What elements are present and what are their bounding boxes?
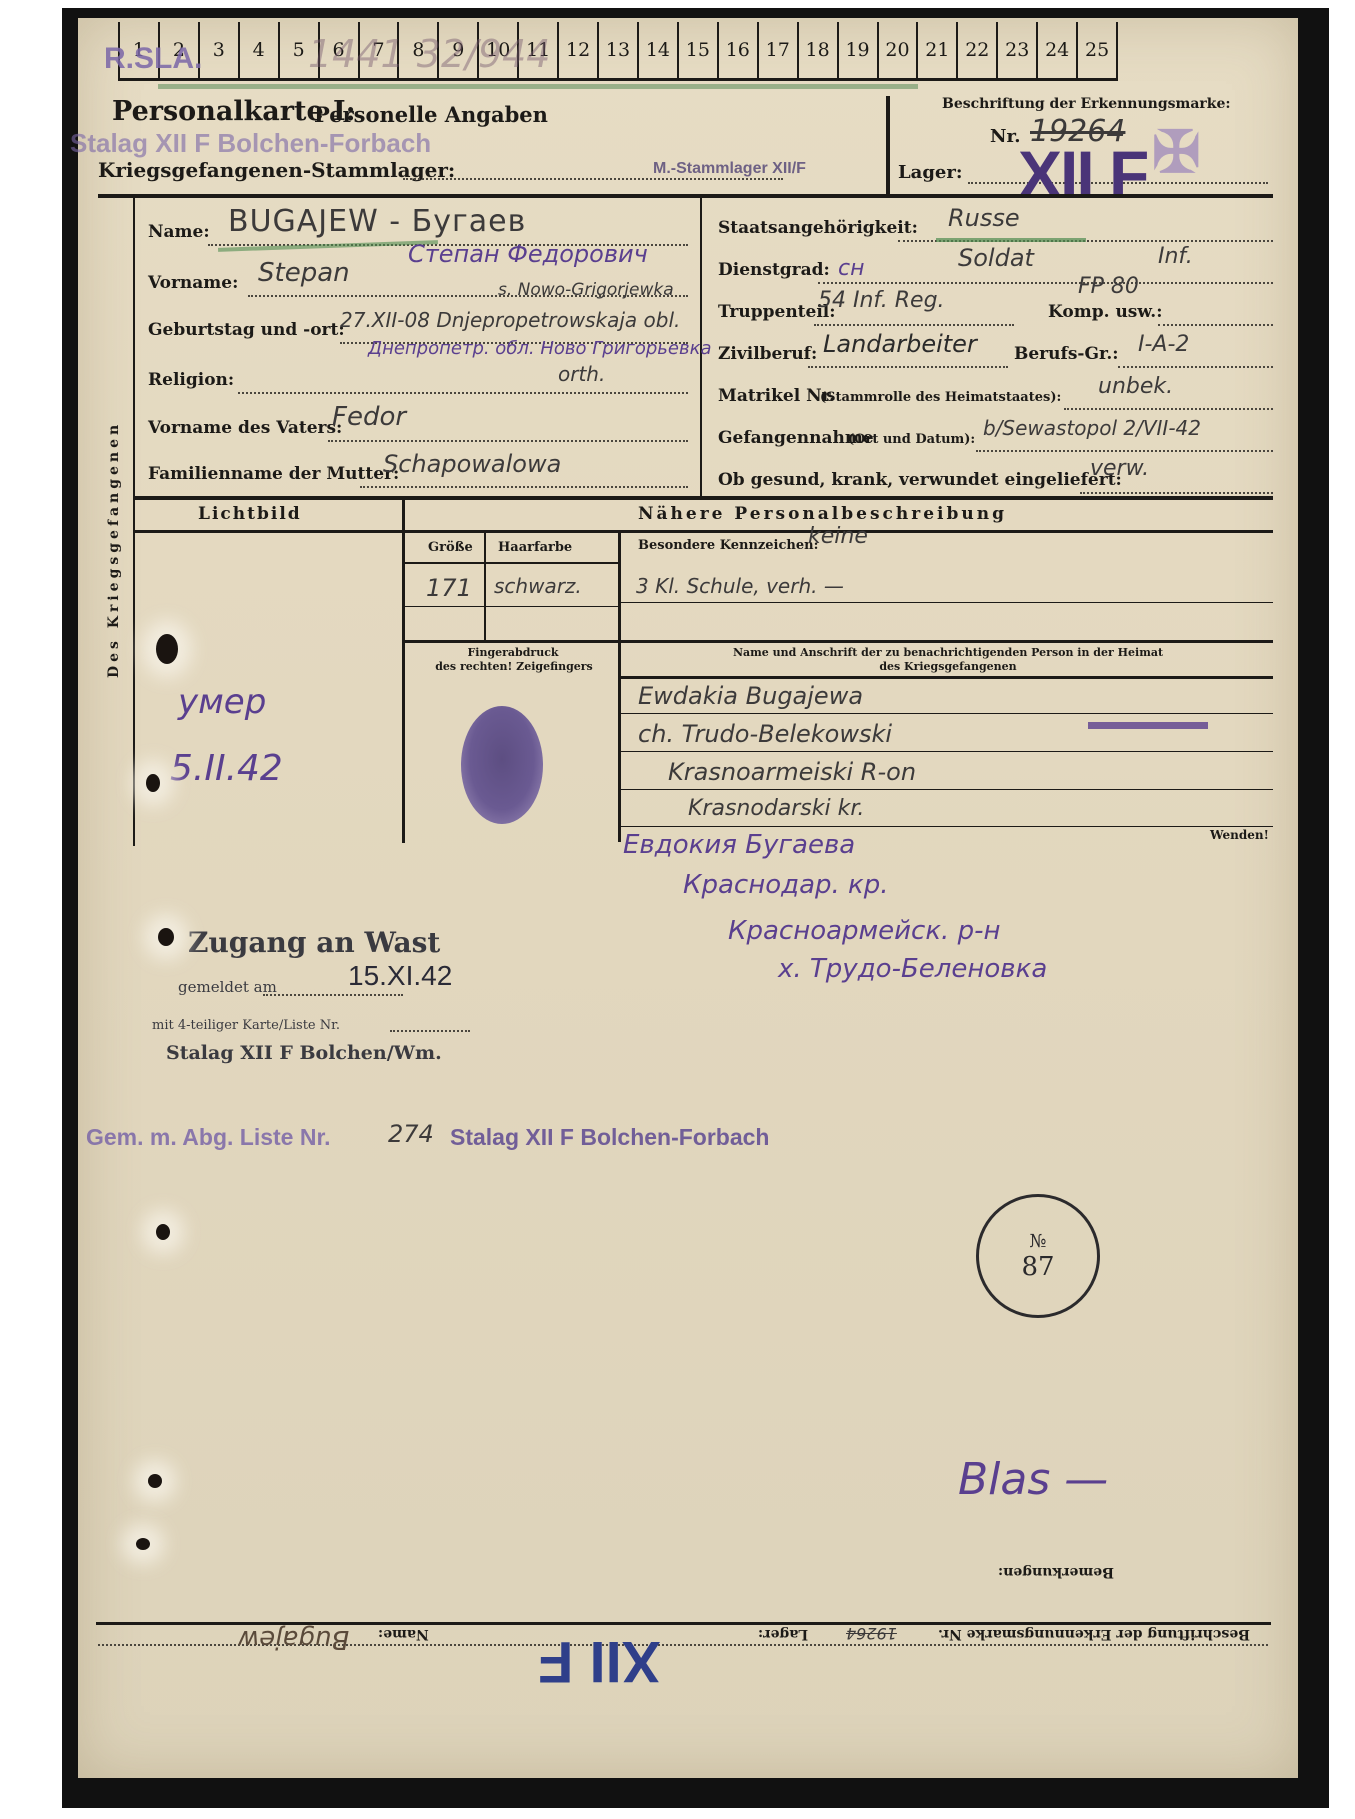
lager-stamp: XII F [1018,136,1147,212]
father-label: Vorname des Vaters: [148,418,342,438]
berufs-line [1118,366,1273,368]
karte-line [390,1030,470,1032]
contact-line-3: Krasnoarmeiski R-on [668,758,916,786]
cyrillic-address-1: Евдокия Бугаева [623,830,855,860]
ruler-cell: 21 [916,22,956,78]
size-header-rule [404,562,618,564]
size-row-rule [404,606,618,607]
contact-label-1: Name und Anschrift der zu benachrichtige… [638,646,1258,659]
unit-value: 54 Inf. Reg. [818,288,945,313]
village-note: s. Nowo-Grigorjewka [498,280,674,300]
name-value: BUGAJEW - Бугаев [228,204,526,239]
vorname-value: Stepan [258,258,350,288]
rsla-stamp: R.SLA. [104,42,202,76]
hair-label: Haarfarbe [498,540,572,555]
header-rule [98,194,1273,198]
punch-hole [156,1224,170,1240]
stammlager-line [403,178,783,180]
marks-note: 3 Kl. Schule, verh. — [636,574,844,598]
contact-line-1: Ewdakia Bugajewa [638,682,863,710]
matrikel-line [1064,408,1273,410]
religion-label: Religion: [148,370,234,390]
ruler-cell: 23 [996,22,1036,78]
cyrillic-address-4: х. Трудо-Беленовка [778,954,1047,984]
ruler-cell: 20 [877,22,917,78]
ruler-cell: 15 [677,22,717,78]
rank-note: Inf. [1158,244,1193,269]
height-hair-divider [484,532,486,642]
zugang-stalag: Stalag XII F Bolchen/Wm. [166,1042,442,1064]
birth-value: 27.XII-08 Dnjepropetrowskaja obl. [340,308,680,332]
gemeldet-value: 15.XI.42 [348,960,452,992]
lager-label: Lager: [898,162,963,183]
contact-rule [618,789,1273,790]
health-value: verw. [1090,456,1149,481]
green-underline [936,238,1086,242]
ruler-cell: 16 [717,22,757,78]
mother-label: Familienname der Mutter: [148,464,399,484]
flipped-name-label: Name: [378,1626,429,1642]
abg-number: 274 [388,1120,434,1148]
header-divider [886,96,890,196]
side-label: Des Kriegsgefangenen [106,378,122,678]
side-border [133,196,135,846]
contact-rule [618,713,1273,714]
signature: Blas — [958,1454,1108,1505]
photo-divider [402,498,405,843]
marks-rule [618,602,1273,603]
ruler-cell: 3 [198,22,238,78]
stammlager-label: Kriegsgefangenen-Stammlager: [98,158,455,182]
died-date: 5.II.42 [170,748,283,789]
name-label: Name: [148,222,210,242]
photo-label: Lichtbild [198,504,302,524]
ruler-cell: 19 [837,22,877,78]
capture-paren: (Ort und Datum): [848,432,975,447]
ruler-cell: 18 [797,22,837,78]
punch-hole [148,1474,162,1488]
remarks-label: Bemerkungen: [998,1564,1114,1580]
height-label: Größe [428,540,473,555]
contact-line-4: Krasnodarski kr. [688,796,864,821]
mother-line [360,486,688,488]
matrikel-label: Matrikel Nr. [718,386,835,406]
mother-value: Schapowalowa [383,450,561,478]
flipped-lager-label: Lager: [758,1626,808,1642]
strike-mark [1088,722,1208,729]
ruler-cell: 25 [1076,22,1118,78]
capture-line [976,450,1273,452]
ruler-cell: 14 [637,22,677,78]
nr-label: Nr. [990,126,1021,147]
green-underline [158,84,918,89]
berufs-label: Berufs-Gr.: [1014,344,1119,364]
gemeldet-label: gemeldet am [178,978,277,996]
unit-line [814,324,1014,326]
vorname-label: Vorname: [148,273,238,293]
height-value: 171 [426,574,472,602]
contact-rule [618,751,1273,752]
ruler-cell: 13 [597,22,637,78]
stammlager-value: M.-Stammlager XII/F [653,160,806,178]
circle-number: 87 [1021,1252,1054,1282]
ruler-cell: 24 [1036,22,1076,78]
flipped-name-value: Bugajew [238,1624,349,1654]
health-label: Ob gesund, krank, verwundet eingeliefert… [718,470,1122,490]
nationality-label: Staatsangehörigkeit: [718,218,918,238]
rank-label: Dienstgrad: [718,260,830,280]
fingerprint [461,706,543,824]
civil-value: Landarbeiter [823,330,977,358]
circle-number-stamp: № 87 [976,1194,1100,1318]
number-ruler: 1 2 3 4 5 6 7 8 9 10 11 12 13 14 15 16 1… [118,22,1118,81]
komp-label: Komp. usw.: [1048,302,1163,322]
matrikel-paren: (Stammrolle des Heimatstaates): [820,390,1061,405]
section-title: Nähere Personalbeschreibung [638,504,1007,524]
father-line [328,440,688,442]
punch-hole [158,928,174,946]
contact-rule [618,826,1273,827]
marks-value: keine [808,524,868,549]
berufs-value: I-A-2 [1138,332,1189,357]
stalag-stamp-top: Stalag XII F Bolchen-Forbach [70,128,431,159]
finger-label-2: des rechten! Zeigefingers [414,660,614,673]
cyrillic-address-3: Красноармейск. р-н [728,916,1000,946]
punch-hole [136,1538,150,1550]
flipped-tag-value: 19264 [846,1624,897,1643]
ruler-cell: 17 [757,22,797,78]
tag-label: Beschriftung der Erkennungsmarke: [942,96,1231,112]
section-rule [134,496,1273,500]
birth-label: Geburtstag und -ort: [148,320,345,340]
hair-value: schwarz. [494,574,582,598]
wenden-label: Wenden! [1210,828,1269,842]
flipped-tag-label: Beschriftung der Erkennungsmarke Nr. [938,1626,1250,1642]
contact-header-rule [618,676,1273,679]
marks-label: Besondere Kennzeichen: [638,538,818,553]
photo-header-rule [134,530,402,533]
rank-line [818,282,1273,284]
matrikel-value: unbek. [1098,374,1173,399]
numero-sign: № [1029,1231,1046,1252]
abg-prefix: Gem. m. Abg. Liste Nr. [86,1124,331,1151]
ruler-cell: 22 [956,22,996,78]
komp-line [1158,324,1273,326]
punch-hole [146,774,160,792]
capture-value: b/Sewastopol 2/VII-42 [983,416,1201,440]
died-note: умер [178,682,266,722]
card-subtitle: Personelle Angaben [314,102,548,127]
rank-value-cyrillic: сн [838,256,864,281]
gemeldet-line [263,994,403,996]
rank-value: Soldat [958,244,1034,272]
nationality-value: Russe [948,204,1020,232]
civil-label: Zivilberuf: [718,344,817,364]
faint-number-note: 1441 32/944 [308,32,550,76]
finger-header-top [404,640,1273,643]
cross-stamp-icon: ✠ [1152,118,1201,186]
karte-label: mit 4-teiliger Karte/Liste Nr. [152,1018,340,1033]
desc-divider [618,532,621,842]
religion-value: orth. [558,362,605,386]
vorname-cyrillic: Степан Федорович [408,240,648,268]
religion-line [238,392,688,394]
ruler-cell: 12 [557,22,597,78]
civil-line [808,366,1008,368]
contact-label-2: des Kriegsgefangenen [638,660,1258,673]
zugang-title: Zugang an Wast [188,926,440,959]
green-underline [218,240,438,252]
finger-label-1: Fingerabdruck [448,646,578,659]
fp-note: FP 80 [1078,274,1139,299]
health-line [1080,492,1273,494]
ruler-cell: 4 [238,22,278,78]
flipped-lager-stamp: XII F [538,1628,660,1695]
abg-suffix: Stalag XII F Bolchen-Forbach [450,1124,769,1151]
punch-hole [156,634,178,664]
personnel-card: 1 2 3 4 5 6 7 8 9 10 11 12 13 14 15 16 1… [78,18,1298,1778]
cyrillic-address-2: Краснодар. кр. [683,870,889,900]
father-value: Fedor [332,402,406,432]
birth-note-cyrillic: Днепропетр. обл. Ново Григорьевка [368,338,712,359]
contact-line-2: ch. Trudo-Belekowski [638,720,892,748]
